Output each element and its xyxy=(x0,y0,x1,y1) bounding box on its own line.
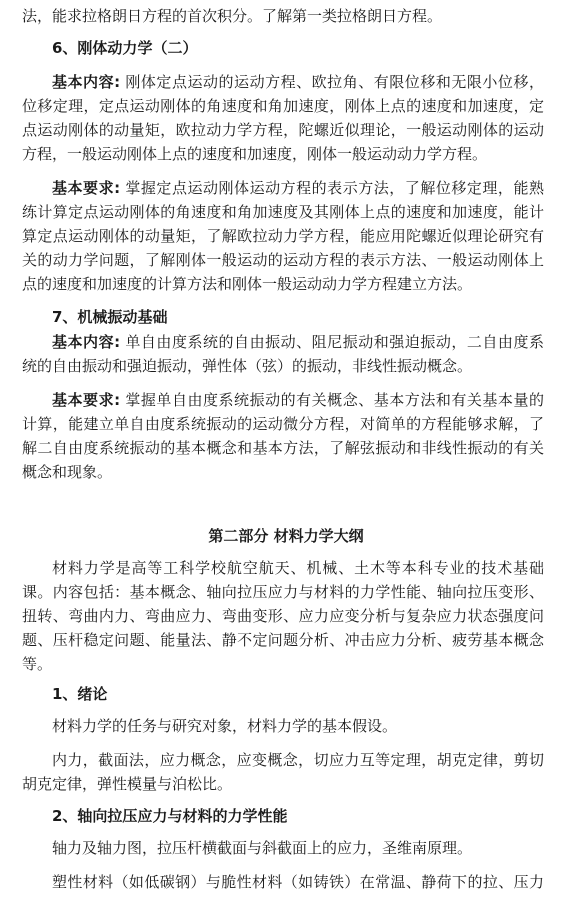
paragraph-line: 点运动刚体的动量矩，欧拉动力学方程，陀螺近似理论，一般运动刚体的运动 xyxy=(22,120,544,140)
paragraph-line: 统的自由振动和强迫振动，弹性体（弦）的振动，非线性振动概念。 xyxy=(22,356,544,376)
paragraph-line: 材料力学的任务与研究对象，材料力学的基本假设。 xyxy=(52,716,544,736)
paragraph-line: 扭转、弯曲内力、弯曲应力、弯曲变形、应力应变分析与复杂应力状态强度问 xyxy=(22,606,544,626)
paragraph-line: 基本内容: 刚体定点运动的运动方程、欧拉角、有限位移和无限小位移， xyxy=(52,72,544,92)
paragraph-line: 概念和现象。 xyxy=(22,462,544,482)
paragraph-line: 法，能求拉格朗日方程的首次积分。了解第一类拉格朗日方程。 xyxy=(22,6,544,26)
part-title: 第二部分 材料力学大纲 xyxy=(0,526,572,546)
section-heading: 7、机械振动基础 xyxy=(52,307,167,327)
paragraph-line: 基本内容: 单自由度系统的自由振动、阻尼振动和强迫振动，二自由度系 xyxy=(52,332,544,352)
paragraph-line: 解二自由度系统振动的基本概念和基本方法，了解弦振动和非线性振动的有关 xyxy=(22,438,544,458)
label: 基本内容: xyxy=(52,333,120,351)
section-heading: 2、轴向拉压应力与材料的力学性能 xyxy=(52,806,287,826)
paragraph-line: 练计算定点运动刚体的角速度和角加速度及其刚体上点的速度和加速度，能计 xyxy=(22,202,544,222)
paragraph-line: 位移定理，定点运动刚体的角速度和角加速度，刚体上点的速度和加速度，定 xyxy=(22,96,544,116)
label: 基本要求: xyxy=(52,179,120,197)
paragraph-line: 等。 xyxy=(22,654,544,674)
paragraph-line: 塑性材料（如低碳钢）与脆性材料（如铸铁）在常温、静荷下的拉、压力 xyxy=(52,872,544,892)
paragraph-line: 基本要求: 掌握单自由度系统振动的有关概念、基本方法和有关基本量的 xyxy=(52,390,544,410)
paragraph-line: 计算，能建立单自由度系统振动的运动微分方程，对简单的方程能够求解，了 xyxy=(22,414,544,434)
section-heading: 1、绪论 xyxy=(52,684,107,704)
paragraph-line: 点的速度和加速度的计算方法和刚体一般运动动力学方程建立方法。 xyxy=(22,274,544,294)
label: 基本要求: xyxy=(52,391,120,409)
paragraph-line: 题、压杆稳定问题、能量法、静不定问题分析、冲击应力分析、疲劳基本概念 xyxy=(22,630,544,650)
paragraph-line: 算定点运动刚体的动量矩，了解欧拉动力学方程，能应用陀螺近似理论研究有 xyxy=(22,226,544,246)
paragraph-line: 轴力及轴力图，拉压杆横截面与斜截面上的应力，圣维南原理。 xyxy=(52,838,544,858)
paragraph-line: 内力，截面法，应力概念，应变概念，切应力互等定理，胡克定律，剪切 xyxy=(52,750,544,770)
paragraph-line: 胡克定律，弹性模量与泊松比。 xyxy=(22,774,544,794)
paragraph-line: 课。内容包括：基本概念、轴向拉压应力与材料的力学性能、轴向拉压变形、 xyxy=(22,582,544,602)
paragraph-line: 关的动力学问题，了解刚体一般运动的运动方程的表示方法、一般运动刚体上 xyxy=(22,250,544,270)
section-heading: 6、刚体动力学（二） xyxy=(52,38,197,58)
paragraph-line: 基本要求: 掌握定点运动刚体运动方程的表示方法，了解位移定理，能熟 xyxy=(52,178,544,198)
paragraph-line: 材料力学是高等工科学校航空航天、机械、土木等本科专业的技术基础 xyxy=(52,558,544,578)
label: 基本内容: xyxy=(52,73,120,91)
paragraph-line: 方程，一般运动刚体上点的速度和加速度，刚体一般运动动力学方程。 xyxy=(22,144,544,164)
